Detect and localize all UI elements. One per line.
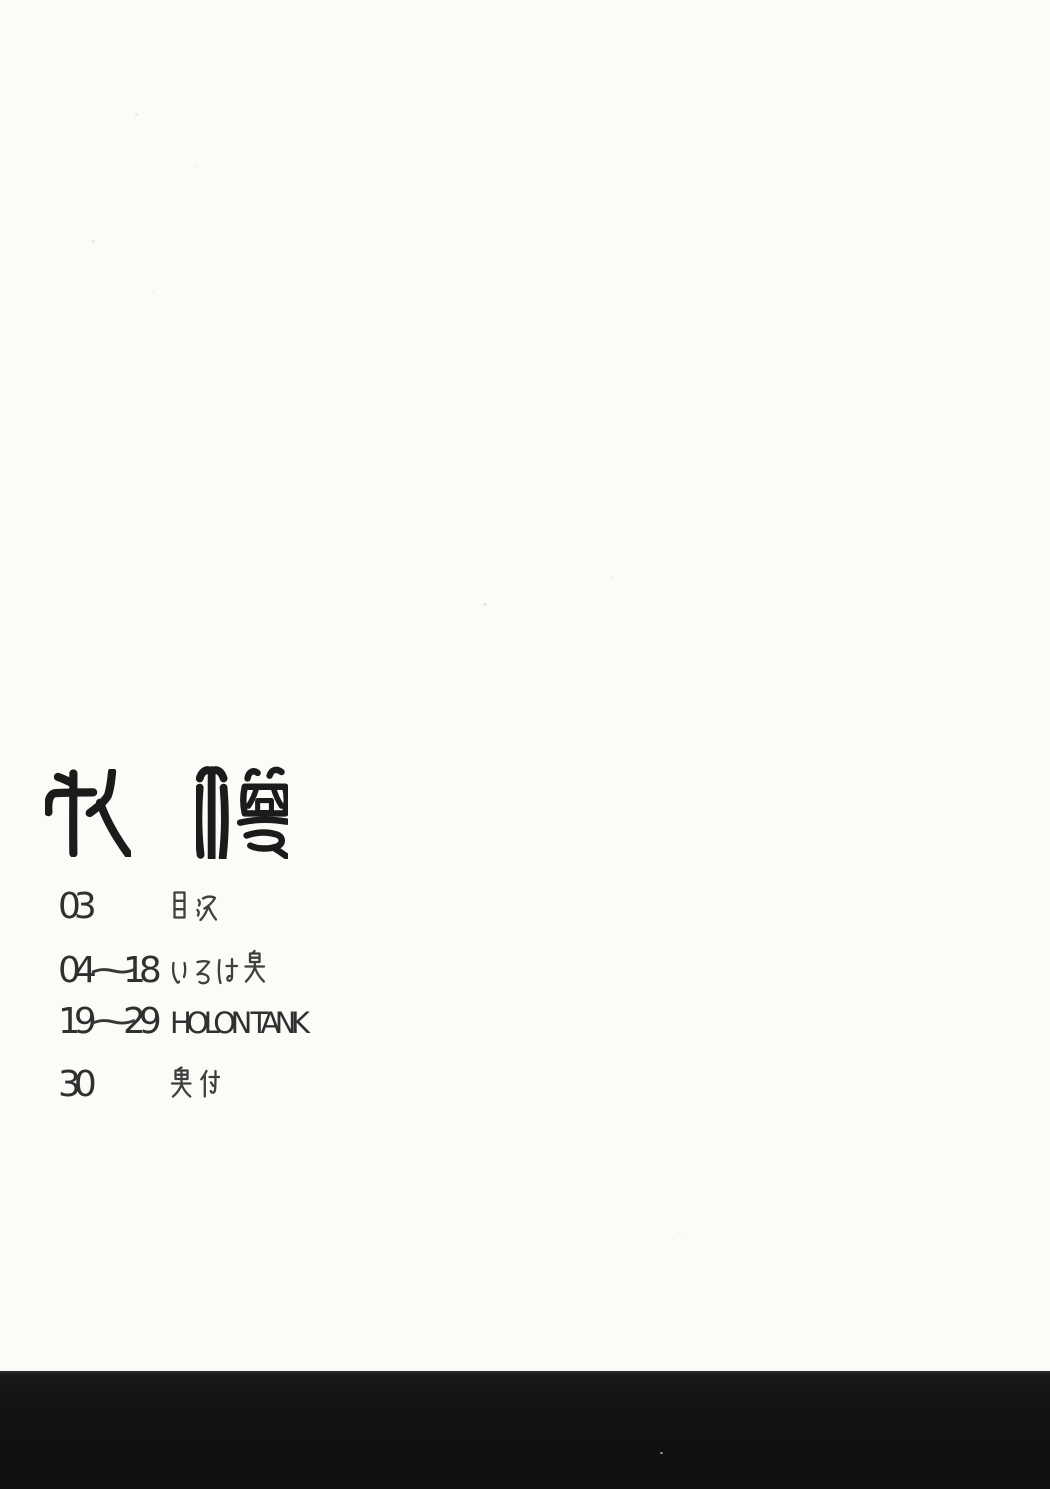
scan-speck: [152, 291, 154, 293]
toc-page-range: 03: [58, 889, 170, 925]
handwritten-kanji-run: [170, 1066, 220, 1099]
kanji-moku-icon: [170, 889, 188, 921]
title-kanji-taru-icon: [196, 766, 288, 859]
handwritten-kana-run: [170, 949, 266, 985]
toc-page-range: 04~18: [58, 953, 170, 989]
scanned-page: 牝樽 03 目次: [0, 0, 1050, 1489]
scan-speck: [611, 576, 614, 578]
toc-row: 03 目次: [58, 886, 217, 925]
scan-speck: [196, 166, 198, 168]
handwritten-kanji-run: [170, 889, 217, 921]
kanji-oku-icon: [170, 1066, 192, 1099]
toc-row: 04~18 いろは臭: [58, 946, 266, 989]
toc-page-range: 19~29: [58, 1004, 170, 1040]
toc-page-range: 30: [58, 1067, 170, 1103]
toc-entry-text: いろは臭: [170, 946, 171, 947]
bottom-black-band: [0, 1371, 1050, 1489]
book-title: 牝樽: [45, 766, 295, 866]
kanji-ji-icon: [195, 891, 217, 921]
hiragana-ha-icon: [216, 956, 238, 985]
page-number: 30: [58, 1064, 90, 1105]
toc-entry-title: HOLON TANK: [170, 1009, 305, 1038]
toc-entry-title: いろは臭: [170, 946, 266, 986]
scan-speck: [92, 240, 95, 243]
scan-speck: [135, 113, 138, 116]
page-number: 03: [58, 886, 90, 927]
range-tilde: ~: [84, 953, 128, 989]
toc-entry-title: 奥付: [170, 1063, 220, 1100]
hiragana-ro-icon: [193, 958, 211, 985]
scan-speck: [483, 603, 487, 606]
toc-entry-text: 目次: [170, 886, 171, 887]
book-title-text: 牝樽: [45, 766, 46, 767]
title-kanji-mesu-icon: [45, 769, 131, 857]
toc-row: 19~29 HOLON TANK: [58, 1004, 305, 1040]
scan-speck: [660, 1452, 663, 1454]
toc-row: 30 奥付: [58, 1063, 220, 1103]
kanji-fu-icon: [199, 1068, 220, 1099]
toc-entry-text: 奥付: [170, 1063, 171, 1064]
toc-entry-title: 目次: [170, 886, 217, 922]
kanji-shuu-icon: [243, 949, 266, 985]
scan-speck: [678, 1232, 681, 1234]
hiragana-i-icon: [170, 959, 188, 985]
range-tilde: ~: [84, 1004, 128, 1040]
